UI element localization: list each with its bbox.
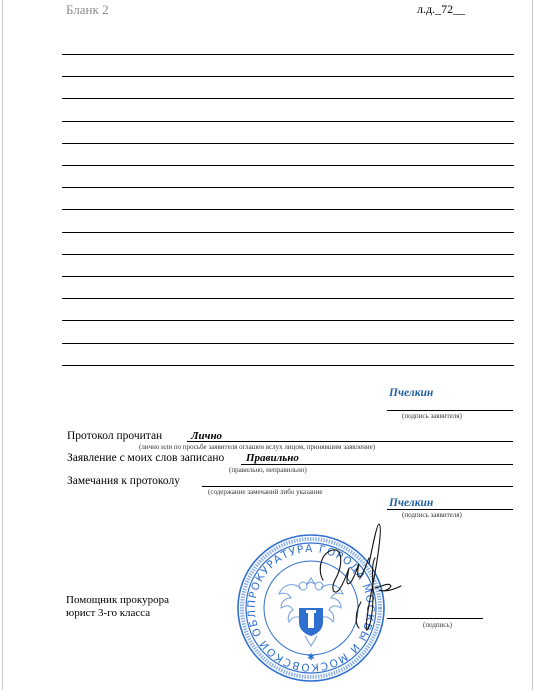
remarks-label: Замечания к протоколу <box>67 475 180 487</box>
ruled-line <box>62 254 514 255</box>
ruled-line <box>62 143 514 144</box>
ruled-line <box>62 232 514 233</box>
page-reference: л.д._72__ <box>417 2 465 17</box>
signature-caption-2: (подпись заявителя) <box>402 511 462 519</box>
ruled-line <box>62 298 514 299</box>
ruled-line <box>62 276 514 277</box>
signature-line <box>387 410 513 411</box>
remarks-line <box>202 486 513 487</box>
ruled-line <box>62 343 514 344</box>
statement-recorded-value: Правильно <box>246 452 299 464</box>
ruled-line <box>62 76 514 77</box>
protocol-read-label: Протокол прочитан <box>67 430 162 442</box>
signature-line-2 <box>387 509 513 510</box>
remarks-caption: (содержание замечаний либо указание <box>208 488 322 496</box>
ruled-line <box>62 54 514 55</box>
document-page: Бланк 2 л.д._72__ Пчелкин (подпись заяви… <box>2 0 533 690</box>
signature-caption: (подпись заявителя) <box>402 412 462 420</box>
applicant-signature-name: Пчелкин <box>389 387 433 399</box>
ruled-line <box>62 121 514 122</box>
official-position-line1: Помощник прокурора <box>66 594 169 606</box>
ruled-line <box>62 320 514 321</box>
ruled-line <box>62 365 514 366</box>
applicant-signature-name-2: Пчелкин <box>389 497 433 509</box>
statement-recorded-caption: (правильно, неправильно) <box>229 466 307 474</box>
statement-recorded-label: Заявление с моих слов записано <box>67 452 224 464</box>
form-name: Бланк 2 <box>66 2 109 18</box>
official-position-line2: юрист 3-го класса <box>66 607 150 619</box>
protocol-read-caption: (лично или по просьбе заявителя оглашен … <box>139 443 375 451</box>
ruled-line <box>62 165 514 166</box>
ruled-line <box>62 209 514 210</box>
protocol-read-line <box>187 441 513 442</box>
statement-recorded-line <box>241 464 513 465</box>
ruled-line <box>62 98 514 99</box>
ruled-line <box>62 187 514 188</box>
handwritten-signature-icon <box>303 520 453 645</box>
svg-text:✱: ✱ <box>307 652 315 662</box>
